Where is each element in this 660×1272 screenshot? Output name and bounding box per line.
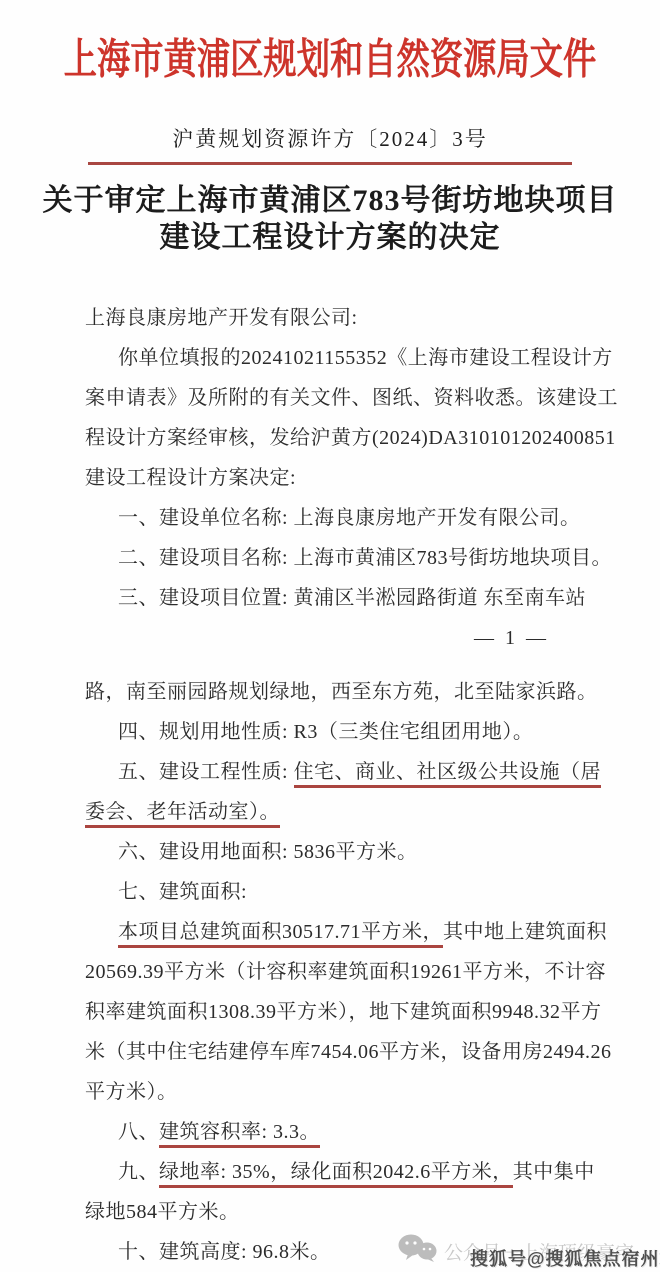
body-text: 米（其中住宅结建停车库7454.06平方米，设备用房2494.26	[85, 1041, 612, 1063]
body-line: 20569.39平方米（计容积率建筑面积19261平方米，不计容	[85, 952, 576, 992]
body-text: 七、建筑面积:	[118, 881, 247, 903]
red-underlined-text: 绿地率: 35%，绿化面积2042.6平方米，	[159, 1161, 513, 1188]
body-text: 三、建设项目位置: 黄浦区半淞园路街道 东至南车站	[118, 587, 586, 609]
body-text: 其中地上建筑面积	[443, 921, 607, 943]
body-text: 你单位填报的20241021155352《上海市建设工程设计方	[118, 347, 613, 369]
document-page: 上海市黄浦区规划和自然资源局文件 沪黄规划资源许方〔2024〕3号 关于审定上海…	[0, 0, 660, 1272]
body-line: 你单位填报的20241021155352《上海市建设工程设计方	[85, 338, 576, 378]
body-line: 案申请表》及所附的有关文件、图纸、资料收悉。该建设工	[85, 378, 576, 418]
body-text: 十、建筑高度: 96.8米。	[118, 1241, 331, 1263]
body-line: 十、建筑高度: 96.8米。	[85, 1232, 576, 1272]
body-line: 九、绿地率: 35%，绿化面积2042.6平方米，其中集中	[85, 1152, 576, 1192]
body-line: 本项目总建筑面积30517.71平方米，其中地上建筑面积	[85, 912, 576, 952]
body-text: 案申请表》及所附的有关文件、图纸、资料收悉。该建设工	[85, 387, 618, 409]
body-line: 建设工程设计方案决定:	[85, 458, 576, 498]
body-line: 米（其中住宅结建停车库7454.06平方米，设备用房2494.26	[85, 1032, 576, 1072]
body-line: 三、建设项目位置: 黄浦区半淞园路街道 东至南车站	[85, 578, 576, 618]
body-line: 路，南至丽园路规划绿地，西至东方苑，北至陆家浜路。	[85, 672, 576, 712]
body-text: 积率建筑面积1308.39平方米），地下建筑面积9948.32平方	[85, 1001, 602, 1023]
body-text: 其中集中	[513, 1161, 595, 1183]
body-text: 八、	[118, 1121, 159, 1143]
document-header-title: 上海市黄浦区规划和自然资源局文件	[0, 29, 660, 90]
body-line: 程设计方案经审核，发给沪黄方(2024)DA310101202400851	[85, 418, 576, 458]
document-body: 上海良康房地产开发有限公司:你单位填报的20241021155352《上海市建设…	[0, 298, 660, 1272]
body-text: 绿地584平方米。	[85, 1201, 240, 1223]
body-text: 六、建设用地面积: 5836平方米。	[118, 841, 418, 863]
body-line: 上海良康房地产开发有限公司:	[85, 298, 576, 338]
red-underlined-text: 建筑容积率: 3.3。	[159, 1121, 320, 1148]
body-text: 上海良康房地产开发有限公司:	[85, 307, 358, 329]
body-line: 四、规划用地性质: R3（三类住宅组团用地）。	[85, 712, 576, 752]
body-text: 九、	[118, 1161, 159, 1183]
body-line: 七、建筑面积:	[85, 872, 576, 912]
body-text: 20569.39平方米（计容积率建筑面积19261平方米，不计容	[85, 961, 606, 983]
body-line: 平方米）。	[85, 1072, 576, 1112]
red-underlined-text: 委会、老年活动室）。	[85, 801, 280, 828]
document-title-line2: 建设工程设计方案的决定	[0, 219, 660, 256]
body-line: 绿地584平方米。	[85, 1192, 576, 1232]
header-divider-line	[88, 162, 572, 165]
body-text: 路，南至丽园路规划绿地，西至东方苑，北至陆家浜路。	[85, 681, 598, 703]
body-text: 平方米）。	[85, 1081, 178, 1103]
body-text: 二、建设项目名称: 上海市黄浦区783号街坊地块项目。	[118, 547, 612, 569]
red-underlined-text: 本项目总建筑面积30517.71平方米，	[118, 921, 443, 948]
page-number: — 1 —	[85, 618, 576, 658]
body-line: 一、建设单位名称: 上海良康房地产开发有限公司。	[85, 498, 576, 538]
body-line: 五、建设工程性质: 住宅、商业、社区级公共设施（居	[85, 752, 576, 792]
body-line: 积率建筑面积1308.39平方米），地下建筑面积9948.32平方	[85, 992, 576, 1032]
body-text: 四、规划用地性质: R3（三类住宅组团用地）。	[118, 721, 533, 743]
body-text: — 1 —	[474, 627, 549, 649]
body-text: 建设工程设计方案决定:	[85, 467, 296, 489]
body-line: 二、建设项目名称: 上海市黄浦区783号街坊地块项目。	[85, 538, 576, 578]
body-line: 八、建筑容积率: 3.3。	[85, 1112, 576, 1152]
document-title-line1: 关于审定上海市黄浦区783号街坊地块项目	[0, 182, 660, 219]
body-text: 五、建设工程性质:	[118, 761, 294, 783]
body-text: 程设计方案经审核，发给沪黄方(2024)DA310101202400851	[85, 427, 616, 449]
body-line: 六、建设用地面积: 5836平方米。	[85, 832, 576, 872]
body-line: 委会、老年活动室）。	[85, 792, 576, 832]
body-text: 一、建设单位名称: 上海良康房地产开发有限公司。	[118, 507, 581, 529]
document-title: 关于审定上海市黄浦区783号街坊地块项目 建设工程设计方案的决定	[0, 182, 660, 256]
document-number: 沪黄规划资源许方〔2024〕3号	[0, 126, 660, 152]
red-underlined-text: 住宅、商业、社区级公共设施（居	[294, 761, 602, 788]
